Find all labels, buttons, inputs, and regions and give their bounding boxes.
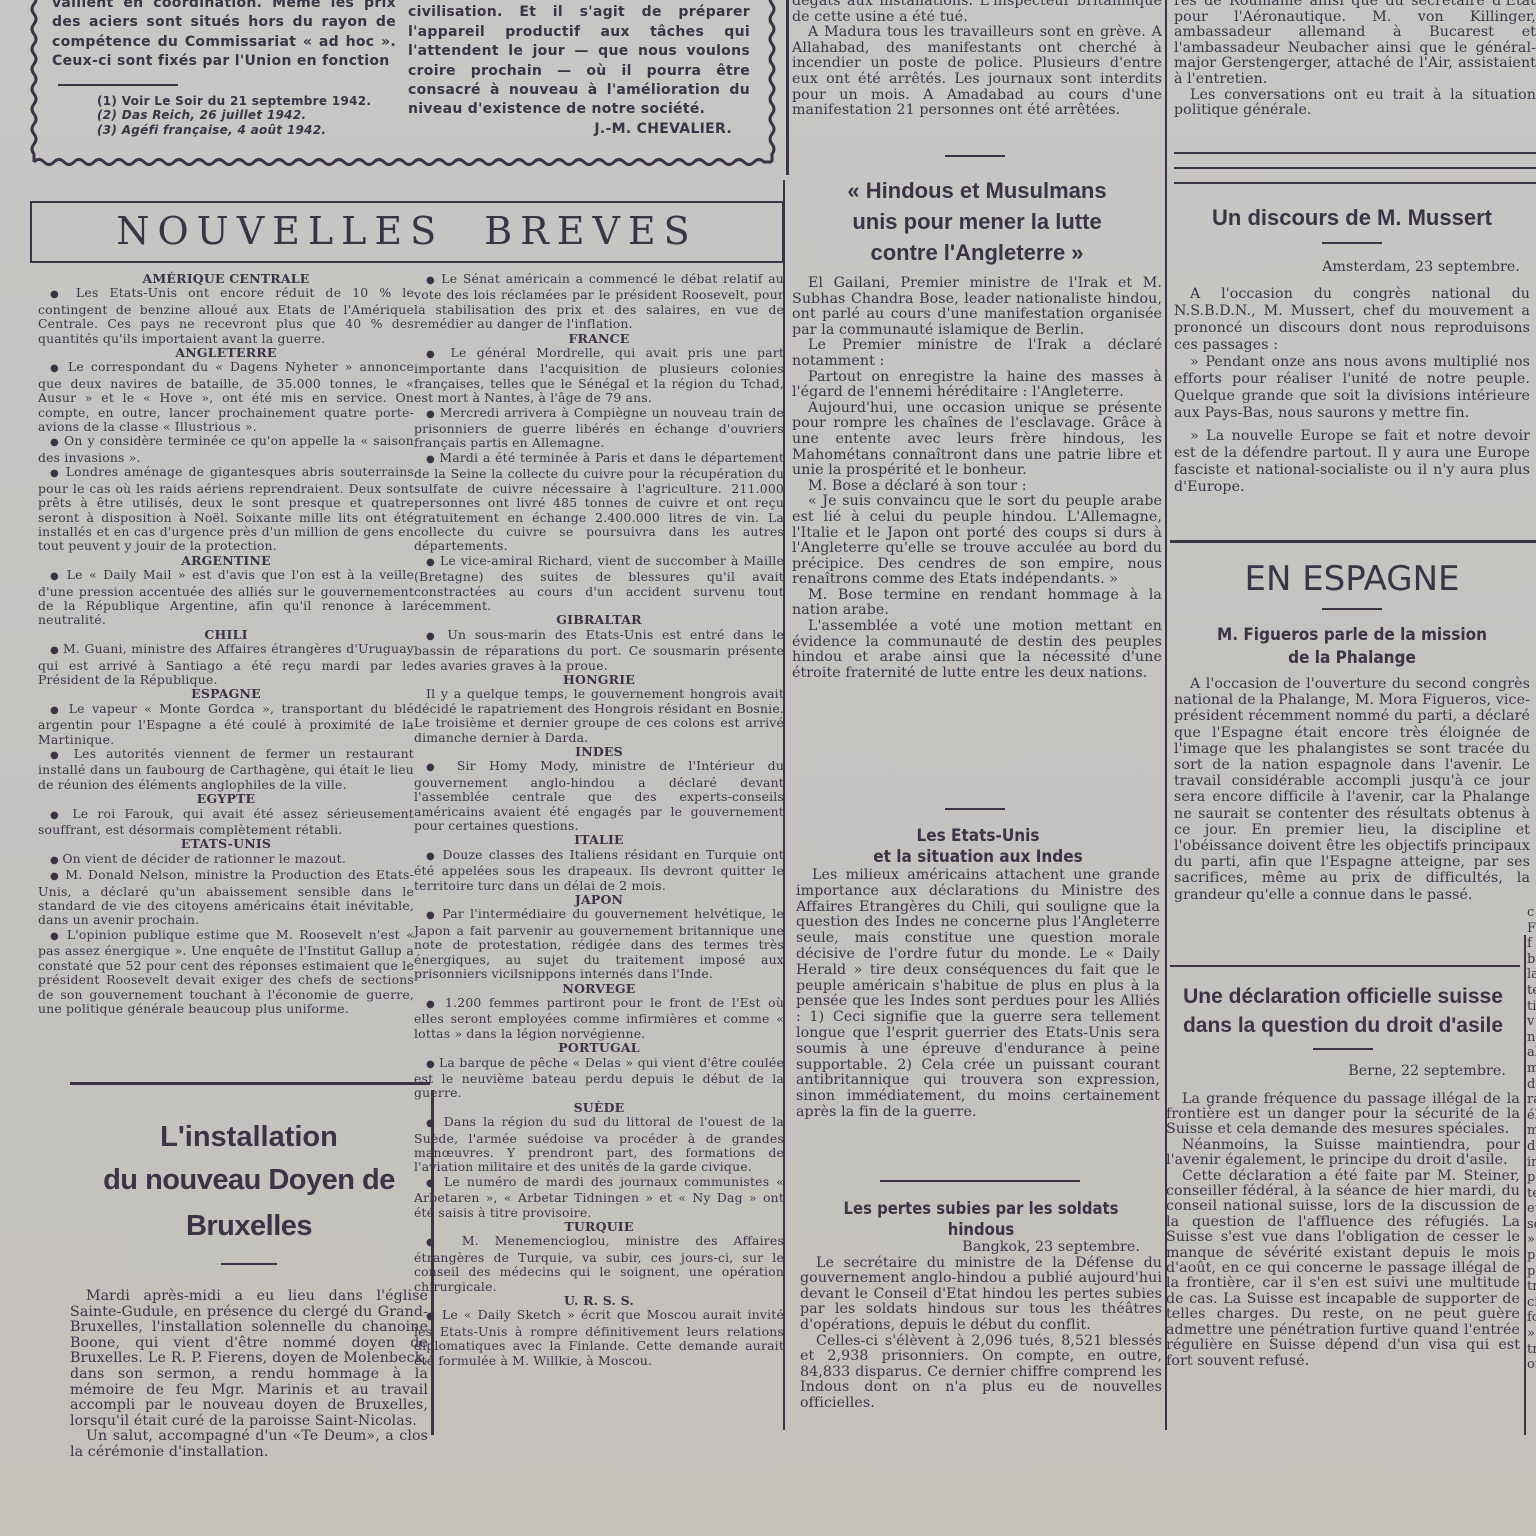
article-paragraph: Aujourd'hui, une occasion unique se prés… bbox=[792, 401, 1162, 479]
brief-item: Le Sénat américain a commencé le débat r… bbox=[414, 272, 784, 332]
fragment-text: in bbox=[1527, 1155, 1536, 1171]
brief-country-heading: TURQUIE bbox=[414, 1220, 784, 1234]
fragment-text: trio bbox=[1527, 1342, 1536, 1358]
doyen-body: Mardi après-midi a eu lieu dans l'église… bbox=[70, 1289, 428, 1461]
mussert-body: A l'occasion du congrès national du N.S.… bbox=[1174, 286, 1530, 496]
espagne-body: A l'occasion de l'ouverture du second co… bbox=[1174, 676, 1530, 903]
brief-country-heading: U. R. S. S. bbox=[414, 1294, 784, 1308]
brief-country-heading: CHILI bbox=[38, 628, 414, 642]
brief-item: M. Menemencioglou, ministre des Affaires… bbox=[414, 1234, 784, 1294]
section-rule bbox=[70, 1082, 430, 1085]
pertes-article: Les pertes subies par les soldats hindou… bbox=[800, 1198, 1162, 1412]
brief-item: Le numéro de mardi des journaux communis… bbox=[414, 1175, 784, 1220]
brief-country-heading: EGYPTE bbox=[38, 792, 414, 806]
brief-item: Les autorités viennent de fermer un rest… bbox=[38, 747, 414, 792]
brief-item: Le vice-amiral Richard, vient de succomb… bbox=[414, 554, 784, 614]
hindous-headline-2: unis pour mener la lutte bbox=[792, 206, 1162, 237]
nouvelles-breves-title: NOUVELLES BREVES bbox=[32, 203, 782, 259]
fragment-text: tre bbox=[1527, 1279, 1536, 1295]
article-paragraph: Les conversations ont eu trait à la situ… bbox=[1174, 88, 1536, 119]
romania-continuation: res de Roumanie ainsi que du secrétaire … bbox=[1174, 0, 1536, 119]
pertes-body: Le secrétaire du ministre de la Défense … bbox=[800, 1256, 1162, 1412]
brief-item: Mardi a été terminée à Paris et dans le … bbox=[414, 451, 784, 554]
fragment-text: ti bbox=[1527, 999, 1536, 1015]
hindous-headline-3: contre l'Angleterre » bbox=[792, 237, 1162, 268]
headline-rule bbox=[221, 1263, 277, 1265]
pertes-headline-1: Les pertes subies par les soldats bbox=[800, 1198, 1162, 1219]
fragment-text: él bbox=[1527, 1108, 1536, 1124]
brief-item: Le roi Farouk, qui avait été assez série… bbox=[38, 807, 414, 838]
brief-country-heading: ITALIE bbox=[414, 833, 784, 847]
fragment-text: pa bbox=[1527, 1170, 1536, 1186]
article-paragraph: Les milieux américains attachent une gra… bbox=[796, 868, 1160, 1121]
fragment-text: f bbox=[1527, 936, 1536, 952]
footnote-1: (1) Voir Le Soir du 21 septembre 1942. bbox=[97, 94, 396, 109]
brief-country-heading: SUÈDE bbox=[414, 1101, 784, 1115]
pertes-headline-2: hindous bbox=[800, 1219, 1162, 1240]
brief-item: Dans la région du sud du littoral de l'o… bbox=[414, 1115, 784, 1175]
headline-rule bbox=[1322, 608, 1382, 610]
editorial-box: vaillent en coordination. Même les prix … bbox=[30, 0, 778, 166]
section-rule bbox=[1174, 167, 1536, 169]
fragment-text: ter bbox=[1527, 1186, 1536, 1202]
article-paragraph: dégâts aux installations. L'inspecteur b… bbox=[792, 0, 1162, 25]
section-rule bbox=[1170, 965, 1520, 967]
article-paragraph: Celles-ci s'élèvent à 2,096 tués, 8,521 … bbox=[800, 1334, 1162, 1412]
brief-item: Sir Homy Mody, ministre de l'Intérieur d… bbox=[414, 759, 784, 833]
brief-item: M. Donald Nelson, ministre la Production… bbox=[38, 868, 414, 928]
brief-item: Le correspondant du « Dagens Nyheter » a… bbox=[38, 360, 414, 434]
editorial-left-column: vaillent en coordination. Même les prix … bbox=[52, 0, 396, 137]
brief-item: 1.200 femmes partiront pour le front de … bbox=[414, 996, 784, 1041]
espagne-section-title: EN ESPAGNE bbox=[1174, 556, 1530, 602]
next-column-fragments: cFfblatetivnalmderaélmdeinpateretso»papo… bbox=[1527, 905, 1536, 1373]
brief-country-heading: JAPON bbox=[414, 893, 784, 907]
doyen-headline-2: du nouveau Doyen de Bruxelles bbox=[70, 1157, 428, 1249]
doyen-article: L'installation du nouveau Doyen de Bruxe… bbox=[70, 1117, 428, 1461]
brief-country-heading: ARGENTINE bbox=[38, 554, 414, 568]
mussert-headline: Un discours de M. Mussert bbox=[1174, 202, 1530, 234]
doyen-headline-1: L'installation bbox=[70, 1117, 428, 1157]
editorial-right-text: forgées les armes de guerre de la civili… bbox=[408, 0, 750, 120]
article-paragraph: » La nouvelle Europe se fait et notre de… bbox=[1174, 428, 1530, 496]
etats-unis-headline-2: et la situation aux Indes bbox=[796, 847, 1160, 868]
brief-item: Mercredi arrivera à Compiègne un nouveau… bbox=[414, 406, 784, 451]
article-paragraph: » Pendant onze ans nous avons multiplié … bbox=[1174, 354, 1530, 422]
column-rule bbox=[786, 0, 789, 175]
article-paragraph: A l'occasion de l'ouverture du second co… bbox=[1174, 676, 1530, 903]
india-unrest-continuation: dégâts aux installations. L'inspecteur b… bbox=[792, 0, 1162, 119]
editorial-signature: J.-M. CHEVALIER. bbox=[408, 120, 732, 139]
fragment-text: et bbox=[1527, 1201, 1536, 1217]
section-rule bbox=[1174, 152, 1536, 154]
fragment-text: la bbox=[1527, 967, 1536, 983]
brief-country-heading: ETATS-UNIS bbox=[38, 837, 414, 851]
article-paragraph: A Madura tous les travailleurs sont en g… bbox=[792, 25, 1162, 119]
brief-item: L'opinion publique estime que M. Rooseve… bbox=[38, 928, 414, 1016]
fragment-text: de bbox=[1527, 1139, 1536, 1155]
footnote-2: (2) Das Reich, 26 juillet 1942. bbox=[97, 108, 396, 123]
fragment-text: c bbox=[1527, 905, 1536, 921]
nouvelles-breves-column-2: Le Sénat américain a commencé le débat r… bbox=[414, 272, 784, 1368]
editorial-right-column: forgées les armes de guerre de la civili… bbox=[408, 0, 750, 139]
hindous-headline-1: « Hindous et Musulmans bbox=[792, 175, 1162, 206]
etats-unis-indes-article: Les Etats-Unis et la situation aux Indes… bbox=[796, 826, 1160, 1121]
brief-country-heading: FRANCE bbox=[414, 332, 784, 346]
brief-item: Un sous-marin des Etats-Unis est entré d… bbox=[414, 628, 784, 673]
brief-item: Le vapeur « Monte Gordca », transportant… bbox=[38, 702, 414, 747]
etats-unis-body: Les milieux américains attachent une gra… bbox=[796, 868, 1160, 1121]
article-paragraph: Néanmoins, la Suisse maintiendra, pour l… bbox=[1166, 1138, 1520, 1169]
editorial-left-text: vaillent en coordination. Même les prix … bbox=[52, 0, 396, 72]
section-rule bbox=[1174, 182, 1536, 184]
article-paragraph: M. Bose termine en rendant hommage à la … bbox=[792, 588, 1162, 619]
fragment-text: ord bbox=[1527, 1357, 1536, 1373]
fragment-text: so bbox=[1527, 1217, 1536, 1233]
brief-country-heading: HONGRIE bbox=[414, 673, 784, 687]
fragment-text: b bbox=[1527, 952, 1536, 968]
brief-country-heading: AMÉRIQUE CENTRALE bbox=[38, 272, 414, 286]
fragment-text: » bbox=[1527, 1232, 1536, 1248]
fragment-text: m bbox=[1527, 1061, 1536, 1077]
suisse-headline-1: Une déclaration officielle suisse bbox=[1166, 982, 1520, 1011]
article-separator bbox=[945, 155, 1005, 157]
article-paragraph: Cette déclaration a été faite par M. Ste… bbox=[1166, 1169, 1520, 1369]
mussert-dateline: Amsterdam, 23 septembre. bbox=[1174, 260, 1520, 276]
fragment-text: te bbox=[1527, 983, 1536, 999]
footnote-3: (3) Agéfi française, 4 août 1942. bbox=[97, 123, 396, 138]
article-paragraph: M. Bose a déclaré à son tour : bbox=[792, 479, 1162, 495]
mussert-article: Un discours de M. Mussert Amsterdam, 23 … bbox=[1174, 202, 1530, 496]
brief-country-heading: PORTUGAL bbox=[414, 1041, 784, 1055]
brief-country-heading: GIBRALTAR bbox=[414, 613, 784, 627]
hindous-body: El Gailani, Premier ministre de l'Irak e… bbox=[792, 276, 1162, 681]
fragment-text: » bbox=[1527, 1326, 1536, 1342]
espagne-headline-1: M. Figueros parle de la mission bbox=[1174, 624, 1530, 647]
fragment-text: fon bbox=[1527, 1310, 1536, 1326]
article-separator bbox=[945, 808, 1005, 810]
brief-item: On vient de décider de rationner le mazo… bbox=[38, 852, 414, 868]
fragment-text: F bbox=[1527, 921, 1536, 937]
fragment-text: n bbox=[1527, 1030, 1536, 1046]
suisse-article: Une déclaration officielle suisse dans l… bbox=[1166, 982, 1520, 1369]
etats-unis-headline-1: Les Etats-Unis bbox=[796, 826, 1160, 847]
brief-country-heading: INDES bbox=[414, 745, 784, 759]
article-paragraph: Partout on enregistre la haine des masse… bbox=[792, 370, 1162, 401]
brief-country-heading: ESPAGNE bbox=[38, 687, 414, 701]
suisse-body: La grande fréquence du passage illégal d… bbox=[1166, 1092, 1520, 1369]
article-paragraph: res de Roumanie ainsi que du secrétaire … bbox=[1174, 0, 1536, 88]
brief-item: On y considère terminée ce qu'on appelle… bbox=[38, 434, 414, 465]
pertes-dateline: Bangkok, 23 septembre. bbox=[800, 1240, 1140, 1256]
brief-item: Le « Daily Mail » est d'avis que l'on es… bbox=[38, 568, 414, 628]
brief-country-heading: ANGLETERRE bbox=[38, 346, 414, 360]
article-paragraph: Le Premier ministre de l'Irak a déclaré … bbox=[792, 338, 1162, 369]
nouvelles-breves-banner: NOUVELLES BREVES bbox=[30, 201, 784, 263]
doyen-paragraph: Un salut, accompagné d'un «Te Deum», a c… bbox=[70, 1429, 428, 1460]
article-separator bbox=[880, 1180, 1080, 1182]
brief-item: Il y a quelque temps, le gouvernement ho… bbox=[414, 687, 784, 745]
article-paragraph: « Je suis convaincu que le sort du peupl… bbox=[792, 494, 1162, 588]
brief-item: La barque de pêche « Delas » qui vient d… bbox=[414, 1056, 784, 1101]
fragment-text: m bbox=[1527, 1123, 1536, 1139]
fragment-text: al bbox=[1527, 1045, 1536, 1061]
headline-rule bbox=[1322, 242, 1382, 244]
suisse-dateline: Berne, 22 septembre. bbox=[1166, 1064, 1506, 1080]
doyen-paragraph: Mardi après-midi a eu lieu dans l'église… bbox=[70, 1289, 428, 1429]
brief-item: Par l'intermédiaire du gouvernement helv… bbox=[414, 907, 784, 981]
fragment-text: ra bbox=[1527, 1092, 1536, 1108]
article-paragraph: La grande fréquence du passage illégal d… bbox=[1166, 1092, 1520, 1138]
brief-item: Londres aménage de gigantesques abris so… bbox=[38, 465, 414, 553]
article-paragraph: El Gailani, Premier ministre de l'Irak e… bbox=[792, 276, 1162, 338]
fragment-text: pou bbox=[1527, 1264, 1536, 1280]
brief-item: Douze classes des Italiens résidant en T… bbox=[414, 848, 784, 893]
fragment-text: civ bbox=[1527, 1295, 1536, 1311]
espagne-headline-2: de la Phalange bbox=[1174, 647, 1530, 670]
article-paragraph: A l'occasion du congrès national du N.S.… bbox=[1174, 286, 1530, 354]
article-paragraph: L'assemblée a voté une motion mettant en… bbox=[792, 619, 1162, 681]
brief-item: Le « Daily Sketch » écrit que Moscou aur… bbox=[414, 1308, 784, 1368]
fragment-text: de bbox=[1527, 1077, 1536, 1093]
hindous-musulmans-article: « Hindous et Musulmans unis pour mener l… bbox=[792, 175, 1162, 681]
fragment-text: pa bbox=[1527, 1248, 1536, 1264]
brief-item: Les Etats-Unis ont encore réduit de 10 %… bbox=[38, 286, 414, 346]
section-rule bbox=[1170, 540, 1536, 543]
brief-country-heading: NORVEGE bbox=[414, 982, 784, 996]
headline-rule bbox=[1313, 1048, 1373, 1050]
fragment-text: v bbox=[1527, 1014, 1536, 1030]
brief-item: Le général Mordrelle, qui avait pris une… bbox=[414, 346, 784, 406]
brief-item: M. Guani, ministre des Affaires étrangèr… bbox=[38, 642, 414, 687]
article-paragraph: Le secrétaire du ministre de la Défense … bbox=[800, 1256, 1162, 1334]
nouvelles-breves-column-1: AMÉRIQUE CENTRALELes Etats-Unis ont enco… bbox=[38, 272, 414, 1016]
column-rule bbox=[1524, 935, 1526, 1435]
espagne-section: EN ESPAGNE M. Figueros parle de la missi… bbox=[1174, 556, 1530, 903]
footnote-rule bbox=[58, 84, 178, 86]
suisse-headline-2: dans la question du droit d'asile bbox=[1166, 1011, 1520, 1040]
